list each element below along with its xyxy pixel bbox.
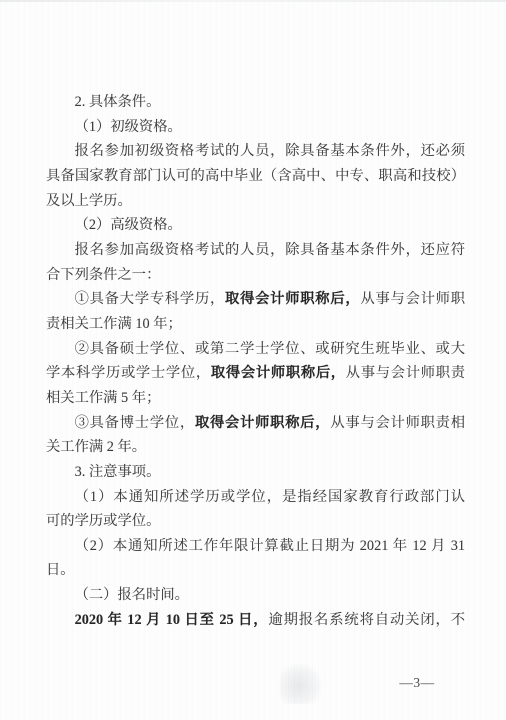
line-senior-qualification-heading: （2）高级资格。 — [46, 213, 465, 238]
condition-2-post: 从事与会计师职责 — [346, 365, 465, 381]
line-section-3-heading: 3. 注意事项。 — [46, 460, 465, 485]
condition-2-pre: 学本科学历或学士学位， — [46, 365, 211, 381]
condition-3-bold: 取得会计师职称后， — [195, 415, 330, 431]
condition-2-bold: 取得会计师职称后， — [211, 365, 346, 381]
line-note-1a: （1）本通知所述学历或学位，是指经国家教育行政部门认 — [46, 485, 465, 510]
condition-1-bold: 取得会计师职称后， — [225, 291, 360, 307]
line-condition-2c: 相关工作满 5 年； — [46, 386, 465, 411]
page-number: —3— — [392, 675, 442, 691]
line-junior-para-2: 具备国家教育部门认可的高中毕业（含高中、中专、职高和技校） — [46, 164, 465, 189]
registration-date-post: 逾期报名系统将自动关闭，不 — [268, 612, 465, 628]
scan-edge-artifact — [0, 0, 506, 2]
line-condition-3b: 关工作满 2 年。 — [46, 435, 465, 460]
line-section-2-heading: 2. 具体条件。 — [46, 90, 465, 115]
document-body: 2. 具体条件。 （1）初级资格。 报名参加初级资格考试的人员，除具备基本条件外… — [46, 90, 465, 632]
line-registration-time-heading: （二）报名时间。 — [46, 583, 465, 608]
condition-3-post: 从事与会计师职责相 — [330, 415, 465, 431]
line-registration-time-body: 2020 年 12 月 10 日至 25 日，逾期报名系统将自动关闭，不 — [46, 608, 465, 633]
line-condition-3a: ③具备博士学位，取得会计师职称后，从事与会计师职责相 — [46, 411, 465, 436]
scanned-document-page: 2. 具体条件。 （1）初级资格。 报名参加初级资格考试的人员，除具备基本条件外… — [0, 0, 506, 720]
line-condition-2b: 学本科学历或学士学位，取得会计师职称后，从事与会计师职责 — [46, 361, 465, 386]
line-condition-1b: 责相关工作满 10 年； — [46, 312, 465, 337]
line-note-2b: 日。 — [46, 558, 465, 583]
line-junior-qualification-heading: （1）初级资格。 — [46, 115, 465, 140]
scan-smudge-artifact — [280, 664, 322, 704]
condition-3-pre: ③具备博士学位， — [75, 415, 195, 431]
line-senior-para-2: 合下列条件之一： — [46, 263, 465, 288]
condition-1-pre: ①具备大学专科学历， — [75, 291, 225, 307]
line-note-2a: （2）本通知所述工作年限计算截止日期为 2021 年 12 月 31 — [46, 534, 465, 559]
line-junior-para-1: 报名参加初级资格考试的人员，除具备基本条件外，还必须 — [46, 139, 465, 164]
line-note-1b: 可的学历或学位。 — [46, 509, 465, 534]
line-junior-para-3: 及以上学历。 — [46, 189, 465, 214]
registration-date-bold: 2020 年 12 月 10 日至 25 日， — [75, 612, 269, 628]
condition-1-post: 从事与会计师职 — [360, 291, 465, 307]
line-condition-1a: ①具备大学专科学历，取得会计师职称后，从事与会计师职 — [46, 287, 465, 312]
line-senior-para-1: 报名参加高级资格考试的人员，除具备基本条件外，还应符 — [46, 238, 465, 263]
line-condition-2a: ②具备硕士学位、或第二学士学位、或研究生班毕业、或大 — [46, 337, 465, 362]
